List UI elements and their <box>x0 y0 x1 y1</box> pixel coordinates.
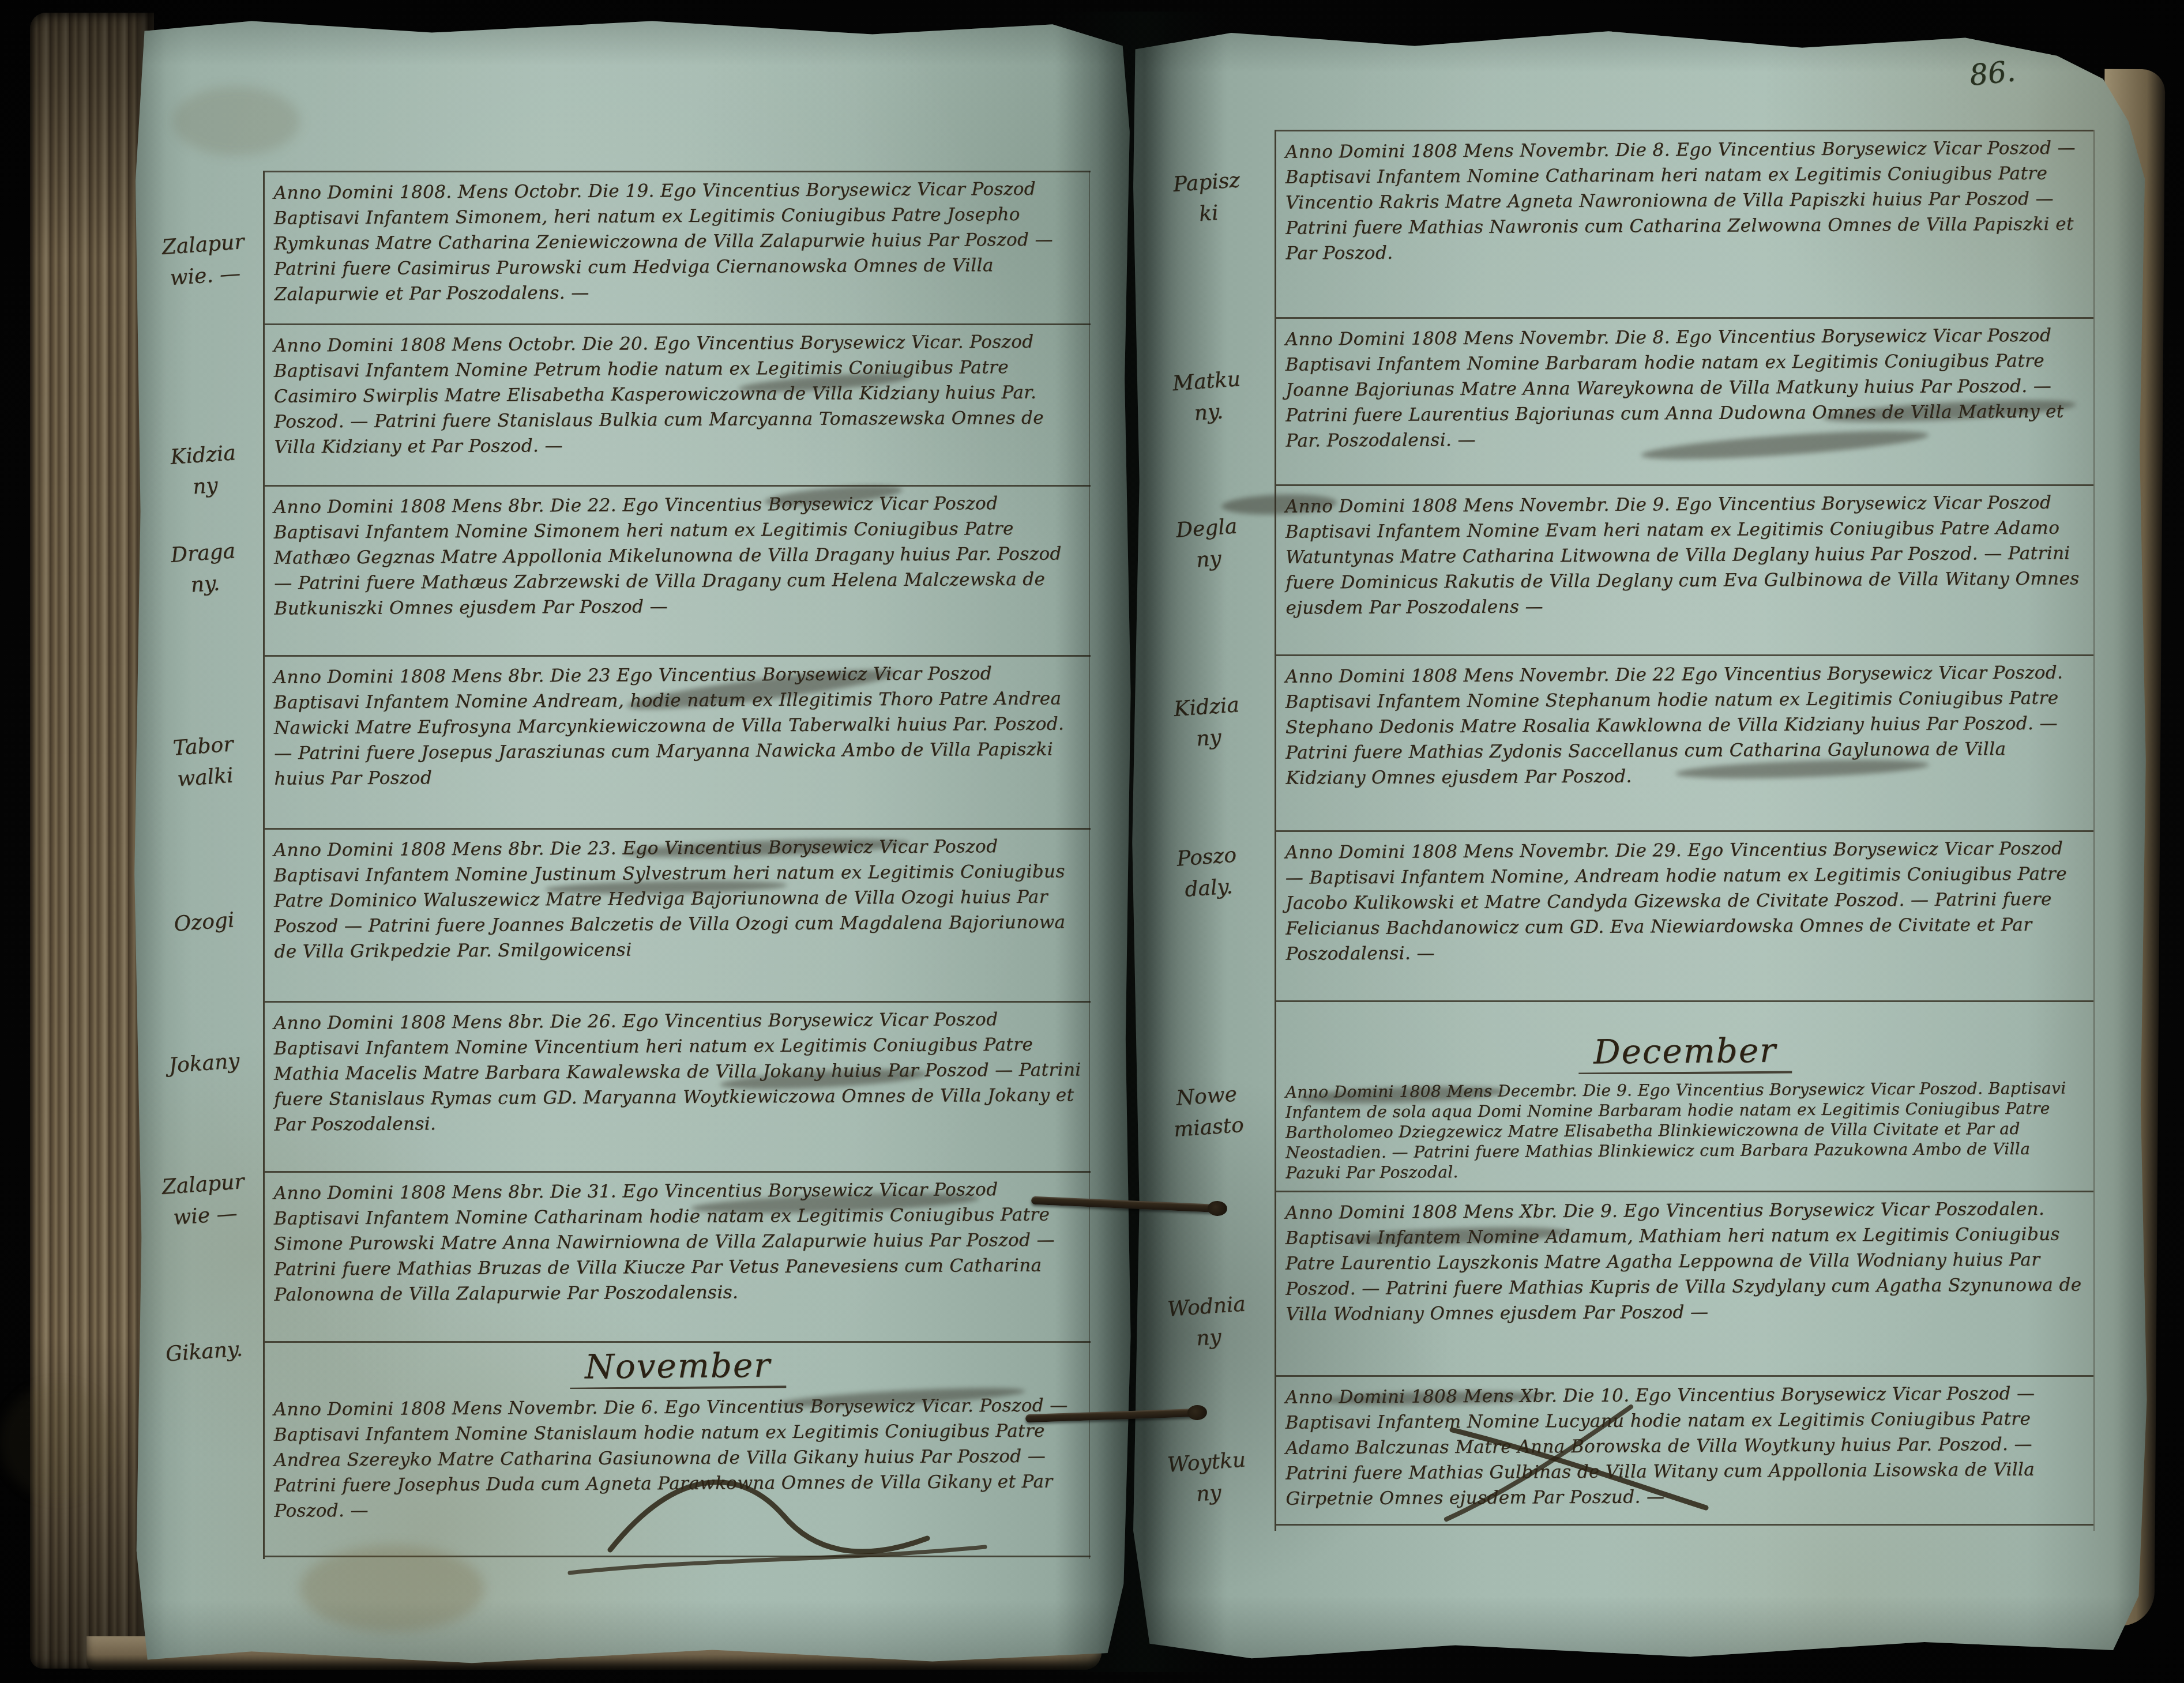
left-records-column: Anno Domini 1808. Mens Octobr. Die 19. E… <box>265 171 1091 1557</box>
record-text: Anno Domini 1808 Mens 8br. Die 31. Ego V… <box>265 1173 1091 1310</box>
margin-place-label: Matku ny. <box>1144 362 1270 433</box>
margin-label-line: daly. <box>1184 875 1234 902</box>
record-text: Anno Domini 1808 Mens Novembr. Die 9. Eg… <box>1276 486 2093 623</box>
margin-label-line: Zalapur <box>161 1170 245 1199</box>
margin-label-line: Matku <box>1172 367 1241 396</box>
margin-label-line: Wodnia <box>1167 1292 1246 1321</box>
margin-label-line: ny <box>1196 1481 1222 1506</box>
record-text: Anno Domini 1808 Mens Novembr. Die 6. Eg… <box>265 1389 1091 1526</box>
margin-label-line: Tabor <box>172 732 234 760</box>
margin-place-label: Kidzia ny <box>1144 688 1270 759</box>
record-text: Anno Domini 1808 Mens Xbr. Die 9. Ego Vi… <box>1276 1192 2093 1330</box>
margin-place-label: Papisz ki <box>1144 163 1270 234</box>
record-text: Anno Domini 1808 Mens Novembr. Die 8. Eg… <box>1276 131 2093 269</box>
margin-label-line: walki <box>176 764 234 792</box>
margin-label-line: Jokany <box>168 1049 240 1078</box>
margin-place-label: Kidzia ny <box>141 436 267 507</box>
margin-label-line: Draga <box>170 539 236 567</box>
baptism-record-entry: Anno Domini 1808 Mens Octobr. Die 20. Eg… <box>265 325 1091 487</box>
month-heading-december: December <box>1578 1030 1791 1074</box>
margin-label-line: ny <box>192 473 219 499</box>
right-page: Papisz ki Matku ny. Degla ny Kidzia ny P… <box>1129 23 2149 1662</box>
baptism-record-entry: Anno Domini 1808 Mens Novembr. Die 6. Eg… <box>265 1389 1091 1557</box>
baptism-record-entry: Anno Domini 1808 Mens 8br. Die 26. Ego V… <box>265 1003 1091 1173</box>
month-heading-november: November <box>569 1345 786 1389</box>
margin-label-line: ny <box>1196 547 1222 572</box>
margin-label-line: Degla <box>1175 514 1238 542</box>
margin-label-line: Ozogi <box>173 908 235 936</box>
margin-label-line: Gikany. <box>165 1337 243 1366</box>
margin-label-line: Nowe <box>1175 1082 1238 1110</box>
month-heading-november-block: November <box>265 1343 1091 1389</box>
baptism-record-entry: Anno Domini 1808 Mens Novembr. Die 29. E… <box>1276 832 2093 1002</box>
baptism-record-entry: Anno Domini 1808 Mens 8br. Die 23 Ego Vi… <box>265 657 1091 830</box>
record-text: Anno Domini 1808 Mens Octobr. Die 20. Eg… <box>265 325 1091 462</box>
baptism-record-entry: Anno Domini 1808 Mens Novembr. Die 8. Eg… <box>1276 131 2093 319</box>
table-rule-right <box>2093 130 2095 1531</box>
record-text: Anno Domini 1808 Mens 8br. Die 22. Ego V… <box>265 487 1091 624</box>
margin-place-label: Poszo daly. <box>1144 838 1270 909</box>
margin-label-line: Kidzia <box>170 441 236 469</box>
margin-place-label: Degla ny <box>1144 509 1270 580</box>
margin-label-line: ny. <box>190 571 220 597</box>
paper-stain <box>0 1384 115 1499</box>
baptism-record-entry: Anno Domini 1808 Mens Novembr. Die 9. Eg… <box>1276 486 2093 656</box>
baptism-record-entry: Anno Domini 1808 Mens 8br. Die 22. Ego V… <box>265 487 1091 657</box>
margin-place-label: Ozogi <box>142 903 266 943</box>
paper-stain <box>300 1545 484 1632</box>
record-text: Anno Domini 1808 Mens Novembr. Die 8. Eg… <box>1276 319 2093 456</box>
baptism-record-entry: Anno Domini 1808 Mens Novembr. Die 22 Eg… <box>1276 656 2093 832</box>
margin-place-label: Zalapur wie. — <box>141 225 267 296</box>
month-heading-december-block: December <box>1276 1002 2093 1074</box>
margin-place-label: Draga ny. <box>141 534 267 605</box>
baptism-record-entry: Anno Domini 1808. Mens Octobr. Die 19. E… <box>265 172 1091 325</box>
margin-label-line: Kidzia <box>1173 693 1240 721</box>
record-text: Anno Domini 1808 Mens Novembr. Die 29. E… <box>1276 832 2093 969</box>
left-page: Zalapur wie. — Kidzia ny Draga ny. Tabor… <box>131 16 1133 1666</box>
record-text: Anno Domini 1808 Mens 8br. Die 23 Ego Vi… <box>265 657 1091 794</box>
margin-label-line: Zalapur <box>161 230 245 259</box>
margin-label-line: ki <box>1198 201 1219 226</box>
record-text: Anno Domini 1808. Mens Octobr. Die 19. E… <box>265 172 1091 310</box>
margin-label-line: Papisz <box>1172 168 1241 197</box>
margin-place-label: Wodnia ny <box>1144 1287 1270 1358</box>
margin-label-line: wie — <box>172 1202 238 1230</box>
right-records-column: Anno Domini 1808 Mens Novembr. Die 8. Eg… <box>1276 130 2093 1526</box>
margin-label-line: Woytku <box>1167 1448 1247 1477</box>
margin-label-line: ny. <box>1193 400 1224 425</box>
margin-label-line: wie. — <box>169 262 241 290</box>
baptism-record-entry: Anno Domini 1808 Mens Xbr. Die 9. Ego Vi… <box>1276 1192 2093 1377</box>
record-text: Anno Domini 1808 Mens 8br. Die 26. Ego V… <box>265 1003 1091 1140</box>
page-number: 86. <box>1968 54 2017 92</box>
margin-place-label: Gikany. <box>142 1332 266 1372</box>
margin-label-line: ny <box>1196 1325 1222 1350</box>
scanned-register-spread: Zalapur wie. — Kidzia ny Draga ny. Tabor… <box>0 0 2184 1683</box>
margin-place-label: Nowe miasto <box>1144 1077 1270 1148</box>
margin-place-label: Jokany <box>142 1044 266 1084</box>
margin-label-line: miasto <box>1173 1113 1245 1142</box>
margin-place-label: Zalapur wie — <box>141 1165 267 1236</box>
margin-place-label: Woytku ny <box>1144 1443 1270 1514</box>
paper-stain <box>173 86 300 156</box>
margin-place-label: Tabor walki <box>141 727 267 798</box>
margin-label-line: Poszo <box>1176 844 1237 871</box>
margin-label-line: ny <box>1196 725 1222 751</box>
